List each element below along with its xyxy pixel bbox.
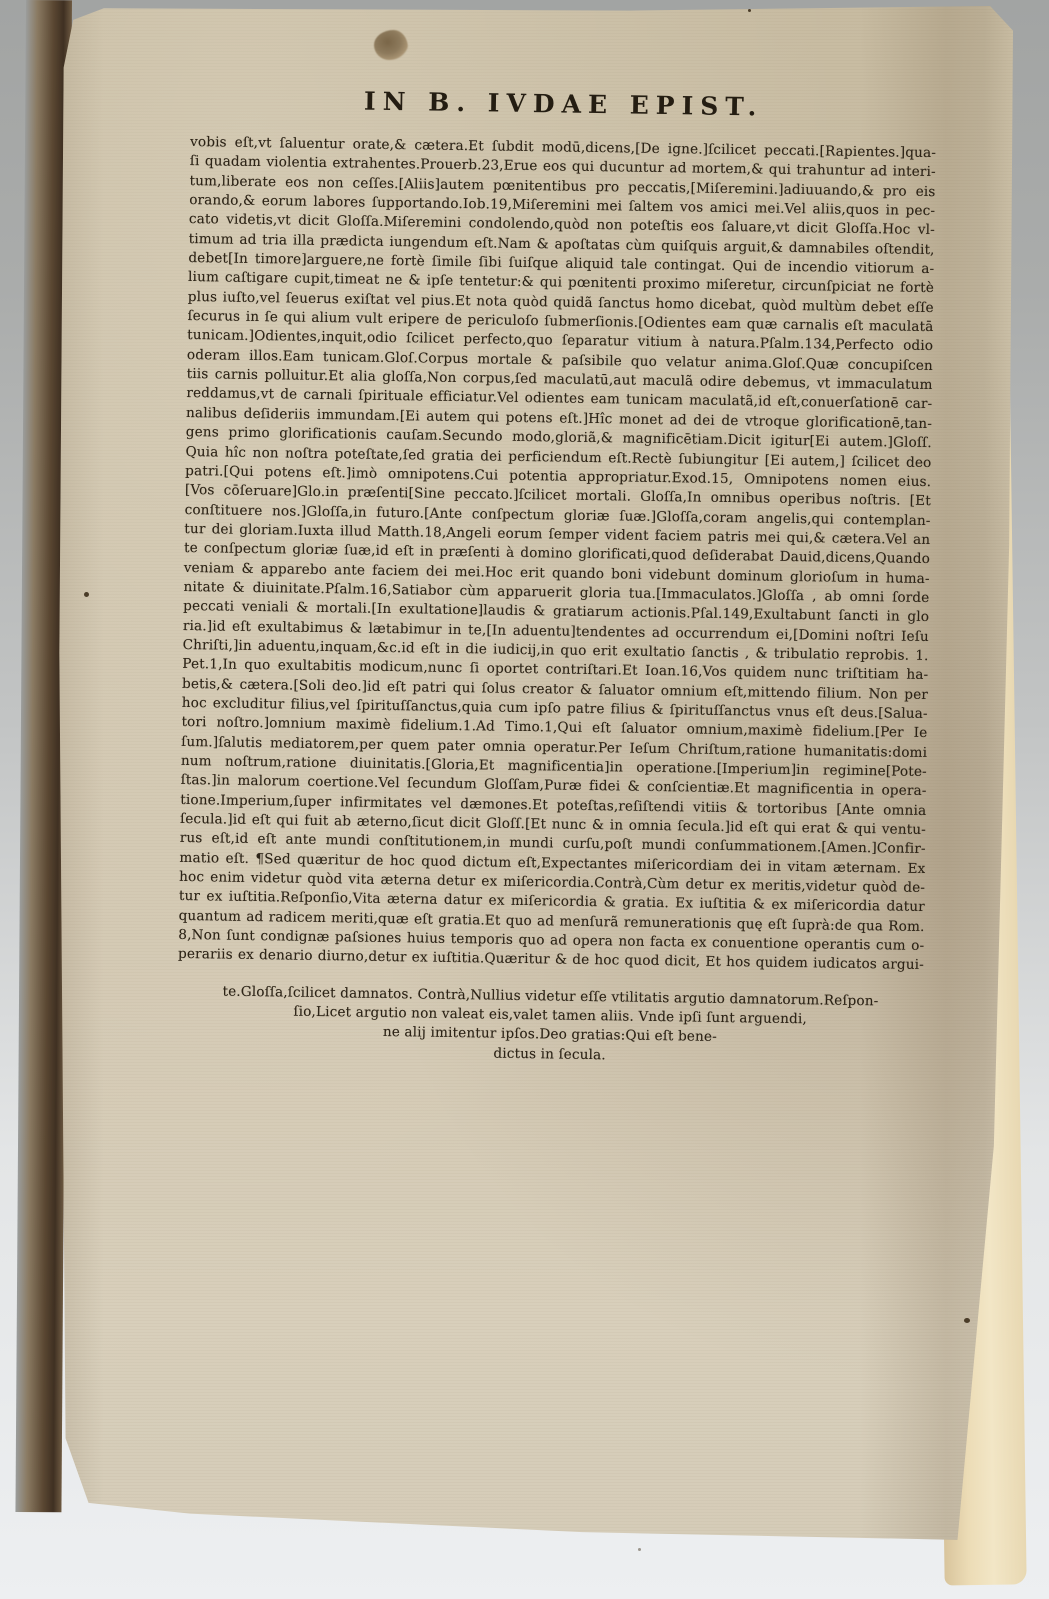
text-block: vobis eſt,vt ſaluentur orate,& cætera.Et… xyxy=(178,133,936,976)
printed-content: IN B. IVDAE EPIST. vobis eſt,vt ſaluentu… xyxy=(177,82,937,1070)
photo-background: IN B. IVDAE EPIST. vobis eſt,vt ſaluentu… xyxy=(0,0,1049,1599)
closing-text-block: te.Gloſſa,ſcilicet damnatos. Contrà,Null… xyxy=(177,982,924,1070)
paper-speck xyxy=(84,592,89,597)
book-page: IN B. IVDAE EPIST. vobis eſt,vt ſaluentu… xyxy=(56,6,1013,1546)
page-header: IN B. IVDAE EPIST. xyxy=(190,82,936,127)
paper-speck xyxy=(748,9,751,12)
paper-damage-chip xyxy=(374,30,408,60)
paper-speck xyxy=(964,1318,970,1323)
paper-speck xyxy=(638,1548,641,1551)
